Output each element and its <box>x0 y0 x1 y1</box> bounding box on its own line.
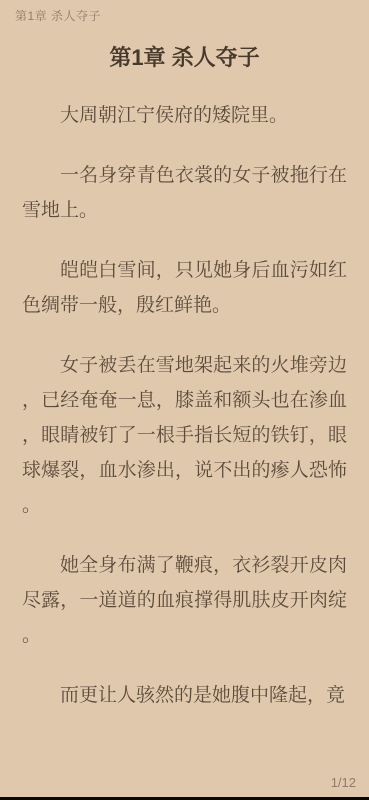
paragraph: 一名身穿青色衣裳的女子被拖行在雪地上。 <box>22 158 347 228</box>
paragraph: 皑皑白雪间，只见她身后血污如红色绸带一般，殷红鲜艳。 <box>22 253 347 323</box>
paragraph: 女子被丢在雪地架起来的火堆旁边，已经奄奄一息，膝盖和额头也在渗血，眼睛被钉了一根… <box>22 348 347 523</box>
paragraph: 大周朝江宁侯府的矮院里。 <box>22 98 347 133</box>
page-indicator: 1/12 <box>331 775 356 790</box>
chapter-title: 第1章 杀人夺子 <box>22 44 347 71</box>
reading-page[interactable]: 第1章 杀人夺子 大周朝江宁侯府的矮院里。 一名身穿青色衣裳的女子被拖行在雪地上… <box>0 0 369 770</box>
paragraph: 她全身布满了鞭痕，衣衫裂开皮肉尽露，一道道的血痕撑得肌肤皮开肉绽。 <box>22 548 347 653</box>
paragraph: 而更让人骇然的是她腹中隆起，竟 <box>22 678 347 713</box>
reader-screen: 第1章 杀人夺子 第1章 杀人夺子 大周朝江宁侯府的矮院里。 一名身穿青色衣裳的… <box>0 0 369 800</box>
